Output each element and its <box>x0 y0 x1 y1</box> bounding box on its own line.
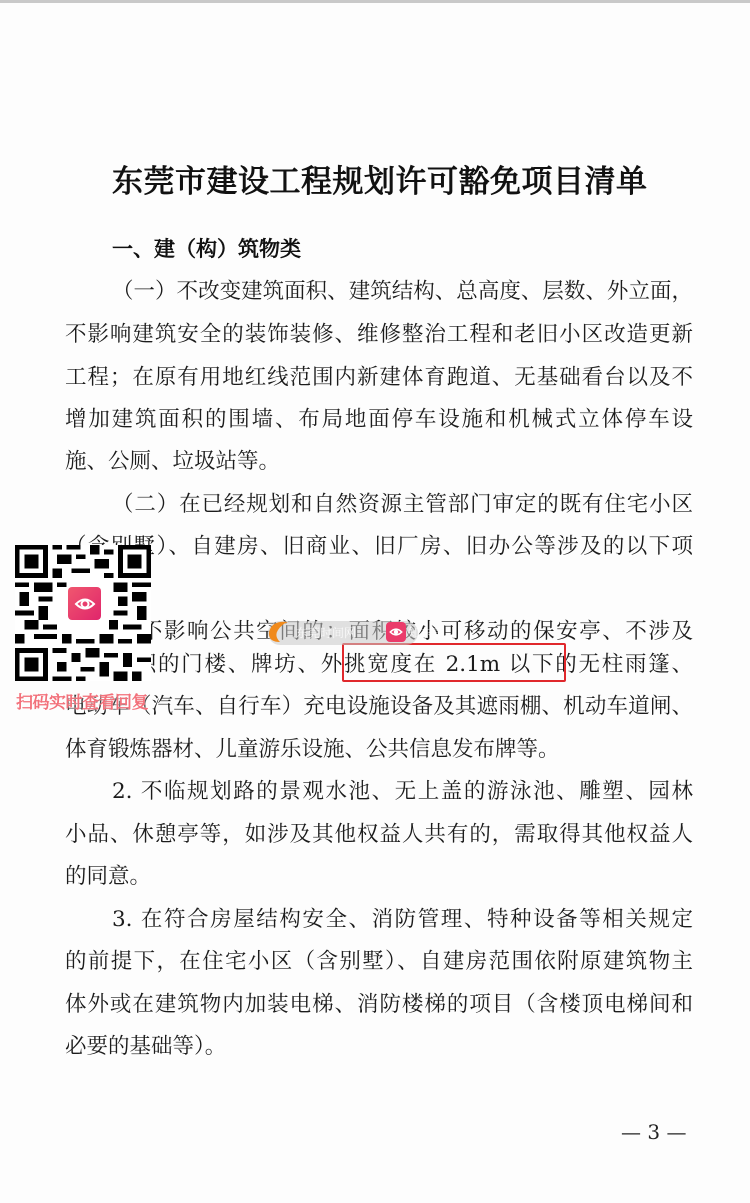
body-line: 体外或在建筑物内加装电梯、消防楼梯的项目（含楼顶电梯间和 <box>65 990 693 1020</box>
body-line: 小品、休憩亭等，如涉及其他权益人共有的，需取得其他权益人 <box>65 820 693 850</box>
watermark-text-2: 知东莞 <box>408 624 444 641</box>
body-line: 电动车（汽车、自行车）充电设施设备及其遮雨棚、机动车道闸、 <box>65 692 693 722</box>
qr-scan-label[interactable]: 扫码实时查看回复 <box>16 688 148 713</box>
section-heading: 一、建（构）筑物类 <box>112 233 301 263</box>
body-line: 的前提下，在住宅小区（含别墅）、自建房范围依附原建筑物主 <box>65 947 693 977</box>
qr-app-logo-icon <box>68 587 101 620</box>
body-line: 目： <box>65 575 693 605</box>
page-number: — 3 — <box>621 1120 686 1144</box>
body-line: 不影响建筑安全的装饰装修、维修整治工程和老旧小区改造更新 <box>65 320 693 350</box>
body-line: 体育锻炼器材、儿童游乐设施、公共信息发布牌等。 <box>65 735 693 765</box>
body-line: 工程；在原有用地红线范围内新建体育跑道、无基础看台以及不 <box>65 363 693 393</box>
pink-eye-logo-icon <box>386 622 406 642</box>
body-line: （含别墅）、自建房、旧商业、旧厂房、旧办公等涉及的以下项 <box>65 532 693 562</box>
orange-swoosh-logo-icon <box>264 616 294 646</box>
top-edge-bar <box>0 0 750 3</box>
body-line: 3. 在符合房屋结构安全、消防管理、特种设备等相关规定 <box>112 905 693 935</box>
document-title: 东莞市建设工程规划许可豁免项目清单 <box>112 156 652 201</box>
red-highlight-box <box>342 643 566 682</box>
body-line: （二）在已经规划和自然资源主管部门审定的既有住宅小区 <box>112 490 693 520</box>
body-line: 必要的基础等）。 <box>65 1032 693 1062</box>
body-line: 施、公厕、垃圾站等。 <box>65 447 693 477</box>
body-line: （一）不改变建筑面积、建筑结构、总高度、层数、外立面， <box>112 277 693 307</box>
body-line: 2. 不临规划路的景观水池、无上盖的游泳池、雕塑、园林 <box>112 777 693 807</box>
watermark-text: 东莞时间网 <box>296 624 356 641</box>
body-line: 增加建筑面积的围墙、布局地面停车设施和机械式立体停车设 <box>65 405 693 435</box>
body-line: 的同意。 <box>65 862 693 892</box>
